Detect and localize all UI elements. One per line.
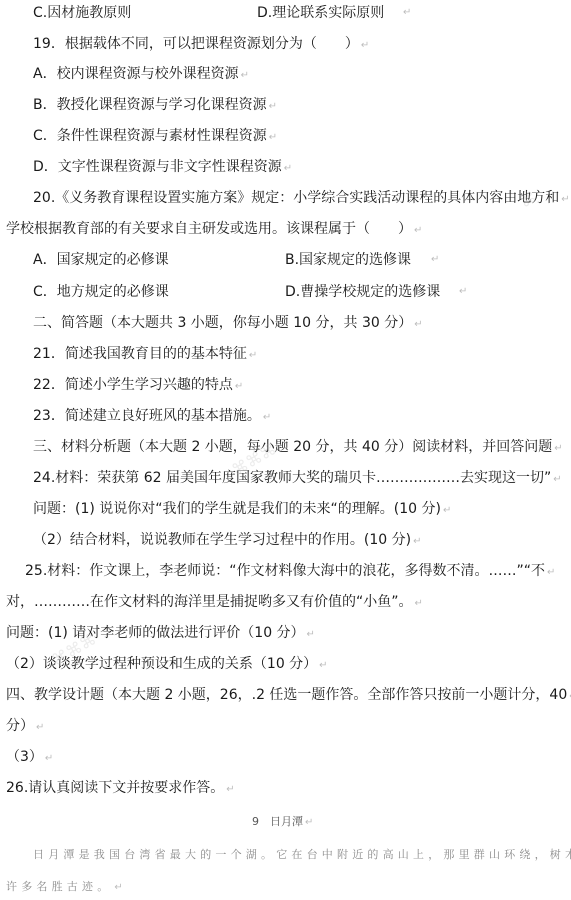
exam-line-sec4-3: （3）↵: [6, 748, 53, 768]
line-text: 三、材料分析题（本大题 2 小题，每小题 20 分，共 40 分）阅读材料，并回…: [33, 439, 552, 455]
exam-line-q26: 26.请认真阅读下文并按要求作答。↵: [6, 779, 235, 799]
line-text: 对，…………在作文材料的海洋里是捕捉哟多又有价值的“小鱼”。: [6, 594, 413, 610]
exam-line-q25-p1: 问题：(1) 请对李老师的做法进行评价（10 分）↵: [6, 624, 315, 644]
exam-line-q25-p2: （2）谈谈教学过程种预设和生成的关系（10 分）↵: [6, 655, 328, 675]
paragraph-mark-icon: ↵: [554, 443, 562, 454]
line-text: （3）: [6, 749, 43, 765]
passage-title-text: 9 日月潭: [252, 815, 303, 828]
exam-line-q20-cd: C．地方规定的必修课D.曹操学校规定的选修课↵: [33, 283, 169, 301]
paragraph-mark-icon: ↵: [443, 505, 451, 516]
exam-line-q22: 22．简述小学生学习兴趣的特点↵: [33, 376, 243, 396]
exam-line-q20-2: 学校根据教育部的有关要求自主研发或选用。该课程属于（ ）↵: [6, 220, 422, 240]
paragraph-mark-icon: ↵: [414, 319, 422, 330]
exam-line-q19: 19．根据载体不同，可以把课程资源划分为（ ）↵: [33, 35, 369, 55]
exam-line-q18-cd: C.因材施教原则D.理论联系实际原则↵: [33, 4, 131, 22]
exam-line-q23: 23．简述建立良好班风的基本措施。↵: [33, 407, 271, 427]
paragraph-mark-icon: ↵: [547, 567, 555, 578]
exam-line-q19-b: B．教授化课程资源与学习化课程资源↵: [33, 96, 277, 116]
paragraph-mark-icon: ↵: [307, 629, 315, 640]
passage-title: 9 日月潭↵: [252, 813, 313, 832]
paragraph-mark-icon: ↵: [284, 163, 292, 174]
exam-line-q19-a: A．校内课程资源与校外课程资源↵: [33, 65, 249, 85]
paragraph-mark-icon: ↵: [305, 817, 313, 828]
exam-line-sec4-2: 分）↵: [6, 717, 44, 737]
line-text: 分）: [6, 718, 34, 734]
line-text: 20.《义务教育课程设置实施方案》规定：小学综合实践活动课程的具体内容由地方和: [33, 190, 559, 206]
exam-line-q21: 21．简述我国教育目的的基本特征↵: [33, 345, 257, 365]
paragraph-mark-icon: ↵: [361, 40, 369, 51]
paragraph-mark-icon: ↵: [45, 753, 53, 764]
exam-line-sec4-1: 四、教学设计题（本大题 2 小题，26，.2 任选一题作答。全部作答只按前一小题…: [6, 686, 571, 706]
paragraph-mark-icon: ↵: [413, 536, 421, 547]
exam-line-q25-1: 25.材料：作文课上，李老师说：“作文材料像大海中的浪花，多得数不清。……”“不…: [25, 562, 555, 582]
line-text: A．校内课程资源与校外课程资源: [33, 66, 239, 82]
passage-text-2: 许多名胜古迹。: [6, 880, 112, 893]
option-text: D.理论联系实际原则: [257, 4, 384, 22]
paragraph-mark-icon: ↵: [415, 598, 423, 609]
line-text: D．文字性课程资源与非文字性课程资源: [33, 159, 282, 175]
paragraph-mark-icon: ↵: [403, 4, 411, 22]
passage-paragraph-line-1: 日月潭是我国台湾省最大的一个湖。它在台中附近的高山上，那里群山环绕，树木茂盛，周…: [33, 846, 571, 864]
line-text: 问题：(1) 说说你对“我们的学生就是我们的未来“的理解。(10 分): [33, 501, 441, 517]
paragraph-mark-icon: ↵: [249, 350, 257, 361]
exam-line-sec2: 二、简答题（本大题共 3 小题，你每小题 10 分，共 30 分）↵: [33, 314, 423, 334]
paragraph-mark-icon: ↵: [241, 70, 249, 81]
paragraph-mark-icon: ↵: [561, 194, 569, 205]
exam-line-q24-p1: 问题：(1) 说说你对“我们的学生就是我们的未来“的理解。(10 分)↵: [33, 500, 451, 520]
line-text: 二、简答题（本大题共 3 小题，你每小题 10 分，共 30 分）: [33, 315, 412, 331]
line-text: 23．简述建立良好班风的基本措施。: [33, 408, 261, 424]
option-text: C．地方规定的必修课: [33, 284, 169, 300]
exam-line-q25-2: 对，…………在作文材料的海洋里是捕捉哟多又有价值的“小鱼”。↵: [6, 593, 423, 613]
line-text: C．条件性课程资源与素材性课程资源: [33, 128, 267, 144]
paragraph-mark-icon: ↵: [269, 101, 277, 112]
paragraph-mark-icon: ↵: [263, 412, 271, 423]
passage-text-1: 日月潭是我国台湾省最大的一个湖。它在台中附近的高山上，那里群山环绕，树木茂盛，周…: [33, 848, 571, 861]
exam-line-q20-1: 20.《义务教育课程设置实施方案》规定：小学综合实践活动课程的具体内容由地方和↵: [33, 189, 570, 209]
exam-line-q19-d: D．文字性课程资源与非文字性课程资源↵: [33, 158, 292, 178]
exam-line-q19-c: C．条件性课程资源与素材性课程资源↵: [33, 127, 277, 147]
paragraph-mark-icon: ↵: [114, 882, 127, 893]
paragraph-mark-icon: ↵: [459, 283, 467, 301]
paragraph-mark-icon: ↵: [226, 784, 234, 795]
line-text: 19．根据载体不同，可以把课程资源划分为（ ）: [33, 36, 359, 52]
line-text: 四、教学设计题（本大题 2 小题，26，.2 任选一题作答。全部作答只按前一小题…: [6, 687, 567, 703]
line-text: （2）谈谈教学过程种预设和生成的关系（10 分）: [6, 656, 317, 672]
line-text: （2）结合材料，说说教师在学生学习过程中的作用。(10 分): [33, 532, 411, 548]
line-text: 21．简述我国教育目的的基本特征: [33, 346, 247, 362]
option-text: C.因材施教原则: [33, 5, 131, 21]
exam-line-sec3: 三、材料分析题（本大题 2 小题，每小题 20 分，共 40 分）阅读材料，并回…: [33, 438, 563, 458]
paragraph-mark-icon: ↵: [553, 474, 561, 485]
paragraph-mark-icon: ↵: [319, 660, 327, 671]
paragraph-mark-icon: ↵: [414, 225, 422, 236]
exam-line-q24: 24.材料：荣获第 62 届美国年度国家教师大奖的瑞贝卡………………去实现这一切…: [33, 469, 562, 489]
paragraph-mark-icon: ↵: [235, 381, 243, 392]
line-text: 25.材料：作文课上，李老师说：“作文材料像大海中的浪花，多得数不清。……”“不: [25, 563, 545, 579]
option-text: A．国家规定的必修课: [33, 252, 169, 268]
line-text: B．教授化课程资源与学习化课程资源: [33, 97, 267, 113]
paragraph-mark-icon: ↵: [36, 722, 44, 733]
passage-paragraph-line-2: 许多名胜古迹。↵: [6, 878, 127, 897]
exam-line-q20-ab: A．国家规定的必修课B.国家规定的选修课↵: [33, 251, 169, 269]
paragraph-mark-icon: ↵: [431, 251, 439, 269]
line-text: 24.材料：荣获第 62 届美国年度国家教师大奖的瑞贝卡………………去实现这一切…: [33, 470, 551, 486]
exam-line-q24-p2: （2）结合材料，说说教师在学生学习过程中的作用。(10 分)↵: [33, 531, 422, 551]
line-text: 22．简述小学生学习兴趣的特点: [33, 377, 233, 393]
line-text: 26.请认真阅读下文并按要求作答。: [6, 780, 224, 796]
option-text: B.国家规定的选修课: [285, 251, 411, 269]
option-text: D.曹操学校规定的选修课: [285, 283, 440, 301]
line-text: 问题：(1) 请对李老师的做法进行评价（10 分）: [6, 625, 305, 641]
paragraph-mark-icon: ↵: [269, 132, 277, 143]
line-text: 学校根据教育部的有关要求自主研发或选用。该课程属于（ ）: [6, 221, 412, 237]
